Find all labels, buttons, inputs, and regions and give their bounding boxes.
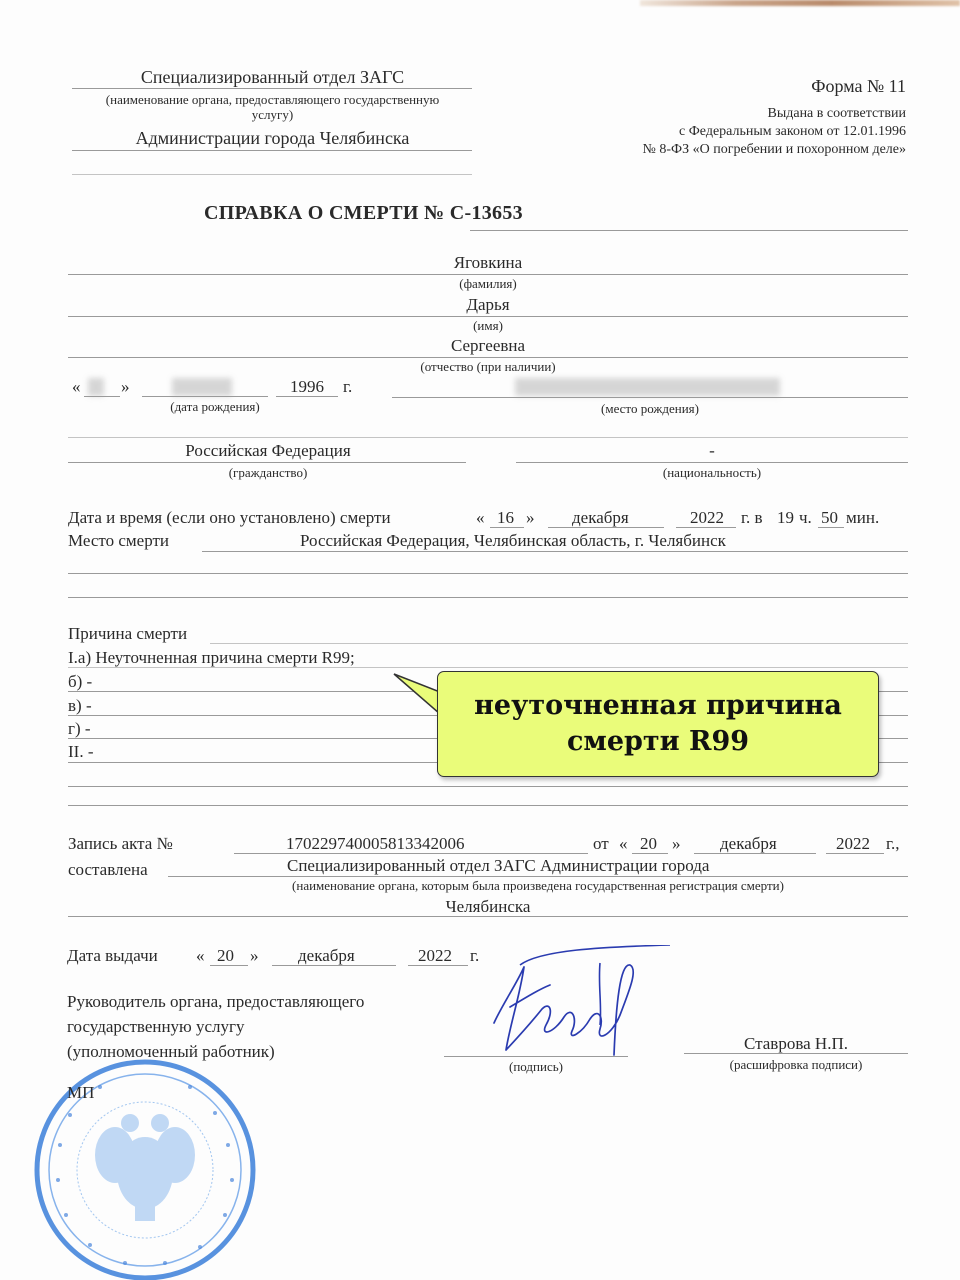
rule	[72, 88, 472, 89]
issue-year-value: 2022	[418, 946, 452, 966]
rule	[210, 965, 248, 966]
rule	[210, 643, 908, 644]
first-name-value: Дарья	[68, 295, 908, 315]
rule	[84, 396, 120, 397]
cause-item-1v: в) -	[68, 696, 92, 716]
rule	[276, 396, 338, 397]
birth-day-quote-open: «	[72, 377, 81, 397]
cause-item-1g: г) -	[68, 719, 91, 739]
issue-month-value: декабря	[298, 946, 355, 966]
death-place-label: Место смерти	[68, 531, 169, 551]
issued-basis-line1: Выдана в соответствии	[560, 106, 906, 122]
citizenship-caption: (гражданство)	[68, 465, 468, 481]
death-hour-value: 19	[777, 508, 794, 528]
death-hour-suffix: ч.	[799, 508, 812, 528]
signatory-name: Ставрова Н.П.	[684, 1034, 908, 1054]
rule	[632, 853, 668, 854]
signatory-role-line1: Руководитель органа, предоставляющего	[67, 992, 364, 1012]
rule	[392, 397, 908, 398]
surname-caption: (фамилия)	[68, 276, 908, 292]
nationality-value: -	[516, 441, 908, 461]
record-label: Запись акта №	[68, 834, 173, 854]
callout-line1: неуточненная причина	[474, 688, 842, 724]
rule	[68, 357, 908, 358]
birth-year-value: 1996	[290, 377, 324, 397]
death-year-value: 2022	[690, 508, 724, 528]
signatory-name-caption: (расшифровка подписи)	[684, 1057, 908, 1073]
record-day-quote-close: »	[672, 834, 681, 854]
death-minute-suffix: мин.	[846, 508, 879, 528]
rule	[68, 667, 908, 668]
rule	[470, 230, 908, 231]
rule	[548, 527, 664, 528]
birth-date-caption: (дата рождения)	[140, 399, 290, 415]
record-number: 170229740005813342006	[286, 834, 465, 854]
record-year-suffix: г.,	[886, 834, 900, 854]
rule	[68, 573, 908, 574]
death-datetime-label: Дата и время (если оно установлено) смер…	[68, 508, 391, 528]
rule	[72, 150, 472, 151]
redacted-birth-place	[515, 378, 780, 396]
cause-item-1a: I.а) Неуточненная причина смерти R99;	[68, 648, 355, 668]
death-minute-value: 50	[821, 508, 838, 528]
rule	[68, 274, 908, 275]
rule	[68, 437, 908, 438]
issuing-org-line2: Администрации города Челябинска	[70, 128, 475, 149]
issuing-org-caption2: услугу)	[60, 107, 485, 123]
rule	[826, 853, 884, 854]
redacted-birth-day	[88, 378, 104, 396]
rule	[68, 916, 908, 917]
cause-item-1b: б) -	[68, 672, 92, 692]
rule	[68, 316, 908, 317]
cause-label: Причина смерти	[68, 624, 187, 644]
record-day-value: 20	[640, 834, 657, 854]
death-month-value: декабря	[572, 508, 629, 528]
rule	[684, 1053, 908, 1054]
death-place-value: Российская Федерация, Челябинская област…	[300, 531, 726, 551]
issue-date-label: Дата выдачи	[67, 946, 158, 966]
registering-org-caption: (наименование органа, которым была произ…	[168, 878, 908, 894]
rule	[68, 805, 908, 806]
rule	[202, 551, 908, 552]
rule	[694, 853, 816, 854]
stamp-place-label: МП	[67, 1083, 94, 1103]
record-month-value: декабря	[720, 834, 777, 854]
signature-caption: (подпись)	[444, 1059, 628, 1075]
compiled-label: составлена	[68, 860, 148, 880]
issued-basis-line2: с Федеральным законом от 12.01.1996	[560, 124, 906, 140]
death-year-suffix: г. в	[741, 508, 763, 528]
death-day-quote-open: «	[476, 508, 485, 528]
issue-day-quote-close: »	[250, 946, 259, 966]
registering-org-line1: Специализированный отдел ЗАГС Администра…	[287, 856, 709, 876]
rule	[68, 462, 466, 463]
birth-day-quote-close: »	[121, 377, 130, 397]
birth-year-suffix: г.	[343, 377, 352, 397]
form-number: Форма № 11	[600, 76, 906, 97]
callout-line2: смерти R99	[567, 724, 749, 760]
issue-day-value: 20	[217, 946, 234, 966]
handwritten-signature-icon	[480, 945, 680, 1065]
issue-day-quote-open: «	[196, 946, 205, 966]
rule	[68, 597, 908, 598]
rule	[168, 876, 908, 877]
surname-value: Яговкина	[68, 253, 908, 273]
first-name-caption: (имя)	[68, 318, 908, 334]
patronymic-caption: (отчество (при наличии)	[68, 359, 908, 375]
photo-edge	[640, 0, 960, 6]
death-day-value: 16	[497, 508, 514, 528]
citizenship-value: Российская Федерация	[68, 441, 468, 461]
issuing-org-line1: Специализированный отдел ЗАГС	[70, 67, 475, 88]
death-day-quote-close: »	[526, 508, 535, 528]
nationality-caption: (национальность)	[516, 465, 908, 481]
rule	[72, 174, 472, 175]
rule	[444, 1056, 628, 1057]
rule	[676, 527, 736, 528]
birth-place-caption: (место рождения)	[392, 401, 908, 417]
rule	[68, 786, 908, 787]
rule	[490, 527, 524, 528]
rule	[408, 965, 468, 966]
document-title: СПРАВКА О СМЕРТИ № С-13653	[204, 202, 523, 225]
rule	[516, 462, 908, 463]
registering-org-line2: Челябинска	[68, 897, 908, 917]
callout-annotation: неуточненная причина смерти R99	[437, 671, 879, 777]
rule	[272, 965, 396, 966]
record-day-quote-open: «	[619, 834, 628, 854]
issuing-org-caption: (наименование органа, предоставляющего г…	[60, 92, 485, 108]
rule	[234, 853, 588, 854]
cause-item-2: II. -	[68, 742, 93, 762]
signatory-role-line2: государственную услугу	[67, 1017, 245, 1037]
issued-basis-line3: № 8-ФЗ «О погребении и похоронном деле»	[560, 142, 906, 158]
redacted-birth-month	[172, 378, 232, 396]
patronymic-value: Сергеевна	[68, 336, 908, 356]
rule	[142, 396, 268, 397]
official-stamp-icon	[30, 1055, 260, 1280]
record-year-value: 2022	[836, 834, 870, 854]
record-from-label: от	[593, 834, 609, 854]
rule	[818, 527, 844, 528]
issue-year-suffix: г.	[470, 946, 479, 966]
